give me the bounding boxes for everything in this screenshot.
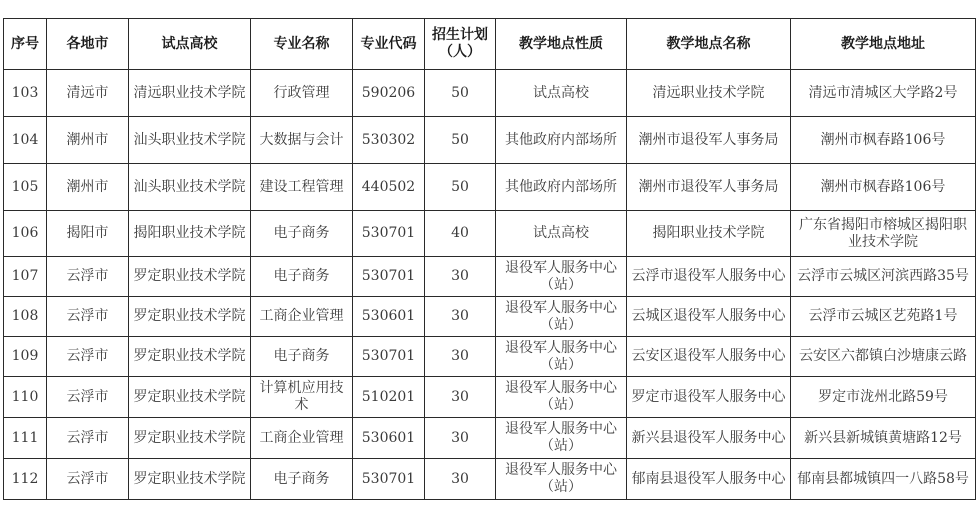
header-site-type: 教学地点性质	[496, 19, 627, 70]
cell-index: 110	[4, 377, 47, 418]
cell-index: 103	[4, 70, 47, 117]
cell-site-address: 云浮市云城区河滨西路35号	[791, 257, 976, 297]
pilot-enrollment-table: 序号 各地市 试点高校 专业名称 专业代码 招生计划（人） 教学地点性质 教学地…	[3, 18, 976, 500]
cell-major-code: 530701	[353, 337, 425, 377]
cell-site-name: 揭阳职业技术学院	[627, 211, 791, 257]
cell-site-address: 罗定市泷州北路59号	[791, 377, 976, 418]
cell-site-type: 试点高校	[496, 70, 627, 117]
cell-major-code: 510201	[353, 377, 425, 418]
table-row: 110 云浮市 罗定职业技术学院 计算机应用技术 510201 30 退役军人服…	[4, 377, 976, 418]
cell-city: 云浮市	[47, 257, 129, 297]
cell-college: 汕头职业技术学院	[129, 117, 251, 164]
cell-site-name: 罗定市退役军人服务中心	[627, 377, 791, 418]
header-enrollment-plan: 招生计划（人）	[425, 19, 496, 70]
cell-index: 105	[4, 164, 47, 211]
table-row: 112 云浮市 罗定职业技术学院 电子商务 530701 30 退役军人服务中心…	[4, 459, 976, 500]
cell-site-name: 云城区退役军人服务中心	[627, 297, 791, 337]
cell-college: 罗定职业技术学院	[129, 377, 251, 418]
header-index: 序号	[4, 19, 47, 70]
cell-site-type: 退役军人服务中心（站）	[496, 257, 627, 297]
cell-site-name: 云安区退役军人服务中心	[627, 337, 791, 377]
cell-site-name: 新兴县退役军人服务中心	[627, 418, 791, 459]
cell-major-name: 电子商务	[251, 337, 353, 377]
cell-index: 107	[4, 257, 47, 297]
cell-college: 罗定职业技术学院	[129, 418, 251, 459]
cell-enrollment-plan: 50	[425, 164, 496, 211]
cell-site-address: 新兴县新城镇黄塘路12号	[791, 418, 976, 459]
cell-site-address: 郁南县都城镇四一八路58号	[791, 459, 976, 500]
cell-enrollment-plan: 30	[425, 418, 496, 459]
cell-major-code: 530302	[353, 117, 425, 164]
cell-site-type: 退役军人服务中心（站）	[496, 459, 627, 500]
cell-site-address: 清远市清城区大学路2号	[791, 70, 976, 117]
cell-index: 106	[4, 211, 47, 257]
cell-city: 揭阳市	[47, 211, 129, 257]
cell-major-name: 电子商务	[251, 459, 353, 500]
cell-major-code: 530701	[353, 257, 425, 297]
cell-city: 云浮市	[47, 297, 129, 337]
cell-site-address: 广东省揭阳市榕城区揭阳职业技术学院	[791, 211, 976, 257]
header-major-code: 专业代码	[353, 19, 425, 70]
cell-major-code: 590206	[353, 70, 425, 117]
table-row: 103 清远市 清远职业技术学院 行政管理 590206 50 试点高校 清远职…	[4, 70, 976, 117]
cell-site-address: 云浮市云城区艺苑路1号	[791, 297, 976, 337]
cell-college: 罗定职业技术学院	[129, 297, 251, 337]
cell-site-name: 潮州市退役军人事务局	[627, 164, 791, 211]
cell-college: 罗定职业技术学院	[129, 257, 251, 297]
table-row: 104 潮州市 汕头职业技术学院 大数据与会计 530302 50 其他政府内部…	[4, 117, 976, 164]
cell-enrollment-plan: 30	[425, 257, 496, 297]
cell-city: 云浮市	[47, 418, 129, 459]
cell-major-code: 530601	[353, 418, 425, 459]
header-major-name: 专业名称	[251, 19, 353, 70]
header-site-name: 教学地点名称	[627, 19, 791, 70]
cell-college: 汕头职业技术学院	[129, 164, 251, 211]
cell-enrollment-plan: 30	[425, 459, 496, 500]
header-college: 试点高校	[129, 19, 251, 70]
cell-site-name: 潮州市退役军人事务局	[627, 117, 791, 164]
table-row: 107 云浮市 罗定职业技术学院 电子商务 530701 30 退役军人服务中心…	[4, 257, 976, 297]
cell-index: 104	[4, 117, 47, 164]
cell-index: 112	[4, 459, 47, 500]
cell-index: 109	[4, 337, 47, 377]
cell-site-type: 试点高校	[496, 211, 627, 257]
cell-college: 罗定职业技术学院	[129, 337, 251, 377]
cell-enrollment-plan: 30	[425, 297, 496, 337]
cell-city: 潮州市	[47, 117, 129, 164]
cell-site-address: 云安区六都镇白沙塘康云路	[791, 337, 976, 377]
cell-site-type: 退役军人服务中心（站）	[496, 297, 627, 337]
cell-enrollment-plan: 40	[425, 211, 496, 257]
header-site-address: 教学地点地址	[791, 19, 976, 70]
cell-major-name: 电子商务	[251, 211, 353, 257]
cell-city: 云浮市	[47, 377, 129, 418]
cell-city: 潮州市	[47, 164, 129, 211]
cell-major-name: 工商企业管理	[251, 418, 353, 459]
cell-major-name: 行政管理	[251, 70, 353, 117]
cell-site-name: 郁南县退役军人服务中心	[627, 459, 791, 500]
cell-major-name: 工商企业管理	[251, 297, 353, 337]
cell-index: 108	[4, 297, 47, 337]
cell-site-type: 退役军人服务中心（站）	[496, 337, 627, 377]
header-row: 序号 各地市 试点高校 专业名称 专业代码 招生计划（人） 教学地点性质 教学地…	[4, 19, 976, 70]
table-row: 108 云浮市 罗定职业技术学院 工商企业管理 530601 30 退役军人服务…	[4, 297, 976, 337]
cell-college: 清远职业技术学院	[129, 70, 251, 117]
cell-site-name: 清远职业技术学院	[627, 70, 791, 117]
cell-major-name: 建设工程管理	[251, 164, 353, 211]
cell-enrollment-plan: 30	[425, 377, 496, 418]
cell-city: 清远市	[47, 70, 129, 117]
cell-enrollment-plan: 30	[425, 337, 496, 377]
header-city: 各地市	[47, 19, 129, 70]
cell-major-code: 530701	[353, 459, 425, 500]
cell-site-name: 云浮市退役军人服务中心	[627, 257, 791, 297]
cell-site-type: 其他政府内部场所	[496, 164, 627, 211]
table-row: 105 潮州市 汕头职业技术学院 建设工程管理 440502 50 其他政府内部…	[4, 164, 976, 211]
cell-major-name: 电子商务	[251, 257, 353, 297]
cell-college: 揭阳职业技术学院	[129, 211, 251, 257]
cell-major-code: 530601	[353, 297, 425, 337]
cell-college: 罗定职业技术学院	[129, 459, 251, 500]
cell-city: 云浮市	[47, 337, 129, 377]
cell-city: 云浮市	[47, 459, 129, 500]
table-row: 111 云浮市 罗定职业技术学院 工商企业管理 530601 30 退役军人服务…	[4, 418, 976, 459]
cell-site-address: 潮州市枫春路106号	[791, 117, 976, 164]
cell-site-address: 潮州市枫春路106号	[791, 164, 976, 211]
cell-enrollment-plan: 50	[425, 117, 496, 164]
cell-major-code: 440502	[353, 164, 425, 211]
cell-major-name: 计算机应用技术	[251, 377, 353, 418]
cell-site-type: 退役军人服务中心（站）	[496, 418, 627, 459]
cell-major-name: 大数据与会计	[251, 117, 353, 164]
cell-site-type: 退役军人服务中心（站）	[496, 377, 627, 418]
cell-site-type: 其他政府内部场所	[496, 117, 627, 164]
table-row: 106 揭阳市 揭阳职业技术学院 电子商务 530701 40 试点高校 揭阳职…	[4, 211, 976, 257]
cell-index: 111	[4, 418, 47, 459]
cell-major-code: 530701	[353, 211, 425, 257]
cell-enrollment-plan: 50	[425, 70, 496, 117]
table-row: 109 云浮市 罗定职业技术学院 电子商务 530701 30 退役军人服务中心…	[4, 337, 976, 377]
